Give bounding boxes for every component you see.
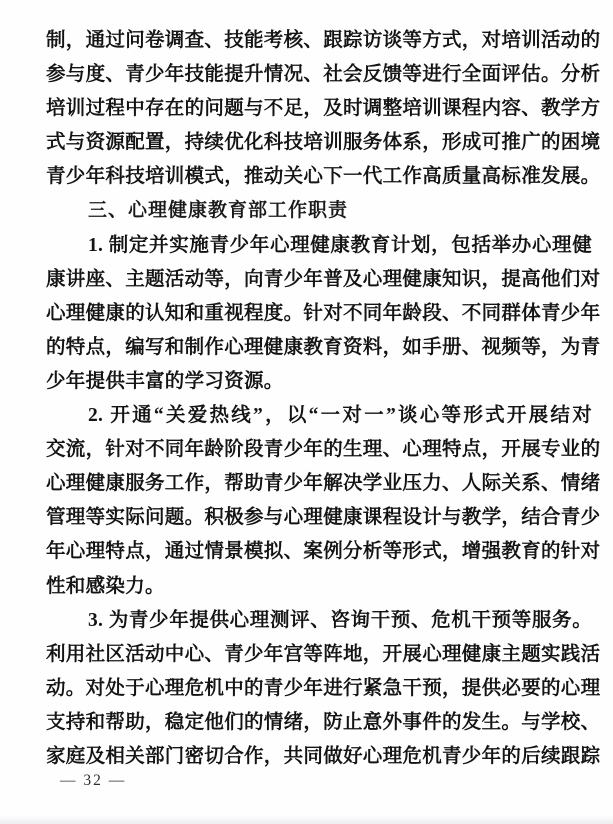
text-line: 年心理特点，通过情景模拟、案例分析等形式，增强教育的针对 — [46, 535, 592, 569]
text-line: 动。对处于心理危机中的青少年进行紧急干预，提供必要的心理 — [46, 672, 592, 706]
text-line: 管理等实际问题。积极参与心理健康课程设计与教学，结合青少 — [46, 501, 592, 535]
text-line: 培训过程中存在的问题与不足，及时调整培训课程内容、教学方 — [46, 92, 592, 126]
text-line: 交流，针对不同年龄阶段青少年的生理、心理特点，开展专业的 — [46, 433, 592, 467]
text-line: 性和感染力。 — [46, 570, 592, 604]
text-line: 利用社区活动中心、青少年宫等阵地，开展心理健康主题实践活 — [46, 638, 592, 672]
section-heading: 三、心理健康教育部工作职责 — [46, 194, 592, 228]
text-line: 支持和帮助，稳定他们的情绪，防止意外事件的发生。与学校、 — [46, 706, 592, 740]
document-body: 制，通过问卷调查、技能考核、跟踪访谈等方式，对培训活动的参与度、青少年技能提升情… — [46, 24, 592, 774]
text-line: 3. 为青少年提供心理测评、咨询干预、危机干预等服务。 — [46, 604, 592, 638]
text-line: 少年提供丰富的学习资源。 — [46, 365, 592, 399]
text-line: 1. 制定并实施青少年心理健康教育计划，包括举办心理健 — [46, 229, 592, 263]
text-line: 的特点，编写和制作心理健康教育资料，如手册、视频等，为青 — [46, 331, 592, 365]
text-line: 参与度、青少年技能提升情况、社会反馈等进行全面评估。分析 — [46, 58, 592, 92]
text-line: 心理健康服务工作，帮助青少年解决学业压力、人际关系、情绪 — [46, 467, 592, 501]
text-line: 制，通过问卷调查、技能考核、跟踪访谈等方式，对培训活动的 — [46, 24, 592, 58]
text-line: 式与资源配置，持续优化科技培训服务体系，形成可推广的困境 — [46, 126, 592, 160]
document-page: 制，通过问卷调查、技能考核、跟踪访谈等方式，对培训活动的参与度、青少年技能提升情… — [0, 0, 613, 824]
text-line: 康讲座、主题活动等，向青少年普及心理健康知识，提高他们对 — [46, 263, 592, 297]
page-number: — 32 — — [60, 772, 126, 790]
text-line: 青少年科技培训模式，推动关心下一代工作高质量高标准发展。 — [46, 160, 592, 194]
page-bottom-edge — [0, 815, 613, 824]
text-line: 2. 开通“关爱热线”，以“一对一”谈心等形式开展结对 — [46, 399, 592, 433]
text-line: 心理健康的认知和重视程度。针对不同年龄段、不同群体青少年 — [46, 297, 592, 331]
text-line: 家庭及相关部门密切合作，共同做好心理危机青少年的后续跟踪 — [46, 740, 592, 774]
